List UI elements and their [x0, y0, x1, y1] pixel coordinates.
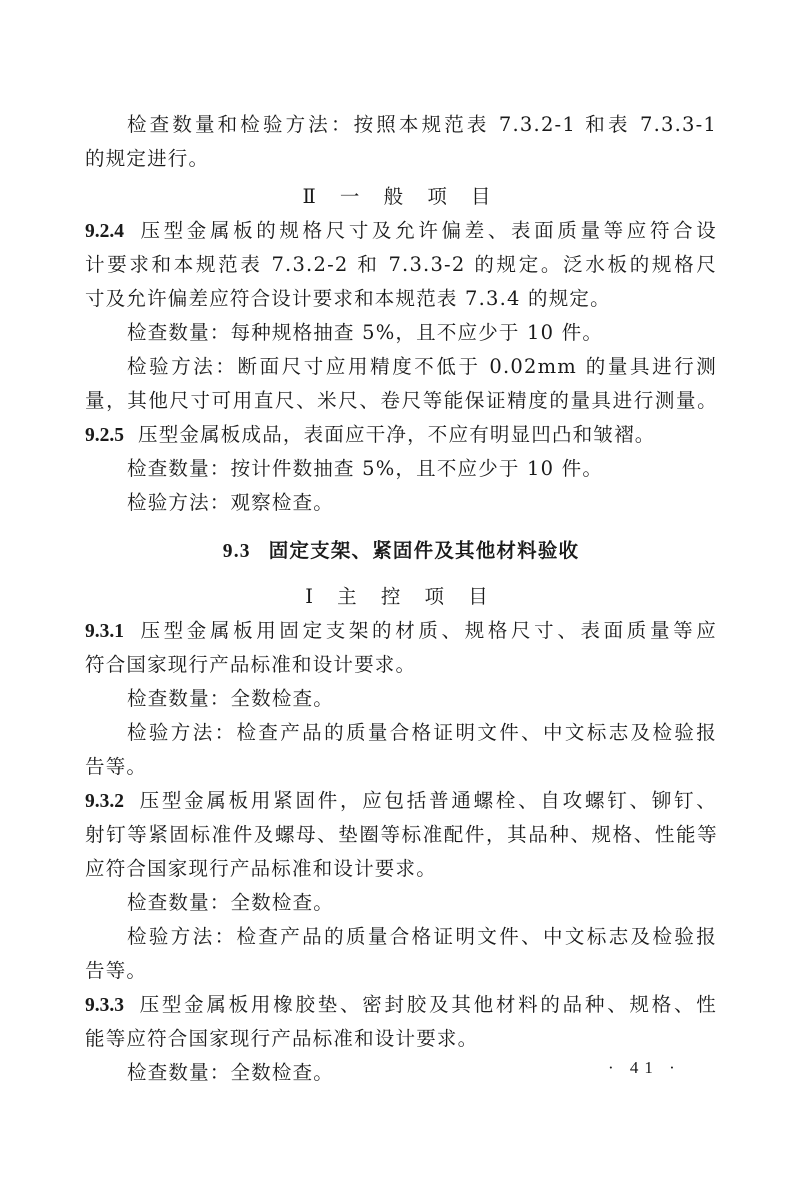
inspection-quantity: 检查数量：每种规格抽查 5%，且不应少于 10 件。 — [85, 316, 717, 350]
clause-9-2-4: 9.2.4压型金属板的规格尺寸及允许偏差、表面质量等应符合设 — [85, 214, 717, 248]
inspection-method: 检验方法：断面尺寸应用精度不低于 0.02mm 的量具进行测 — [85, 350, 717, 384]
clause-text: 压型金属板用固定支架的材质、规格尺寸、表面质量等应 — [138, 619, 717, 642]
subsection-heading-general: Ⅱ 一 般 项 目 — [85, 180, 717, 214]
clause-number: 9.3.1 — [85, 621, 124, 642]
inspection-quantity: 检查数量：全数检查。 — [85, 886, 717, 920]
inspection-method: 检验方法：检查产品的质量合格证明文件、中文标志及检验报 — [85, 920, 717, 954]
inspection-method: 检验方法：观察检查。 — [85, 486, 717, 520]
clause-text: 压型金属板用橡胶垫、密封胶及其他材料的品种、规格、性 — [138, 993, 717, 1016]
clause-text: 压型金属板成品，表面应干净，不应有明显凹凸和皱褶。 — [138, 423, 656, 446]
clause-9-2-5: 9.2.5压型金属板成品，表面应干净，不应有明显凹凸和皱褶。 — [85, 418, 717, 452]
paragraph-line: 检查数量和检验方法：按照本规范表 7.3.2-1 和表 7.3.3-1 — [85, 108, 717, 142]
clause-text: 压型金属板的规格尺寸及允许偏差、表面质量等应符合设 — [138, 219, 717, 242]
paragraph-line: 寸及允许偏差应符合设计要求和本规范表 7.3.4 的规定。 — [85, 282, 717, 316]
section-number: 9.3 — [223, 541, 251, 562]
clause-9-3-1: 9.3.1压型金属板用固定支架的材质、规格尺寸、表面质量等应 — [85, 614, 717, 648]
paragraph-line: 的规定进行。 — [85, 142, 717, 176]
clause-number: 9.2.5 — [85, 425, 124, 446]
paragraph-line: 符合国家现行产品标准和设计要求。 — [85, 648, 717, 682]
document-page: 检查数量和检验方法：按照本规范表 7.3.2-1 和表 7.3.3-1 的规定进… — [85, 108, 717, 1090]
section-title: 固定支架、紧固件及其他材料验收 — [269, 539, 580, 562]
paragraph-line: 量，其他尺寸可用直尺、米尺、卷尺等能保证精度的量具进行测量。 — [85, 384, 717, 418]
paragraph-line: 告等。 — [85, 954, 717, 988]
clause-number: 9.3.2 — [85, 791, 124, 812]
subsection-heading-main: Ⅰ 主 控 项 目 — [85, 580, 717, 614]
clause-9-3-2: 9.3.2压型金属板用紧固件，应包括普通螺栓、自攻螺钉、铆钉、 — [85, 784, 717, 818]
section-heading-9-3: 9.3固定支架、紧固件及其他材料验收 — [85, 534, 717, 568]
inspection-method: 检验方法：检查产品的质量合格证明文件、中文标志及检验报 — [85, 716, 717, 750]
page-number: · 41 · — [608, 1058, 681, 1078]
clause-9-3-3: 9.3.3压型金属板用橡胶垫、密封胶及其他材料的品种、规格、性 — [85, 988, 717, 1022]
paragraph-line: 应符合国家现行产品标准和设计要求。 — [85, 852, 717, 886]
clause-text: 压型金属板用紧固件，应包括普通螺栓、自攻螺钉、铆钉、 — [138, 789, 717, 812]
inspection-quantity: 检查数量：按计件数抽查 5%，且不应少于 10 件。 — [85, 452, 717, 486]
inspection-quantity: 检查数量：全数检查。 — [85, 682, 717, 716]
paragraph-line: 能等应符合国家现行产品标准和设计要求。 — [85, 1022, 717, 1056]
paragraph-line: 射钉等紧固标准件及螺母、垫圈等标准配件，其品种、规格、性能等 — [85, 818, 717, 852]
paragraph-line: 告等。 — [85, 750, 717, 784]
paragraph-line: 计要求和本规范表 7.3.2-2 和 7.3.3-2 的规定。泛水板的规格尺 — [85, 248, 717, 282]
clause-number: 9.2.4 — [85, 221, 124, 242]
clause-number: 9.3.3 — [85, 995, 124, 1016]
